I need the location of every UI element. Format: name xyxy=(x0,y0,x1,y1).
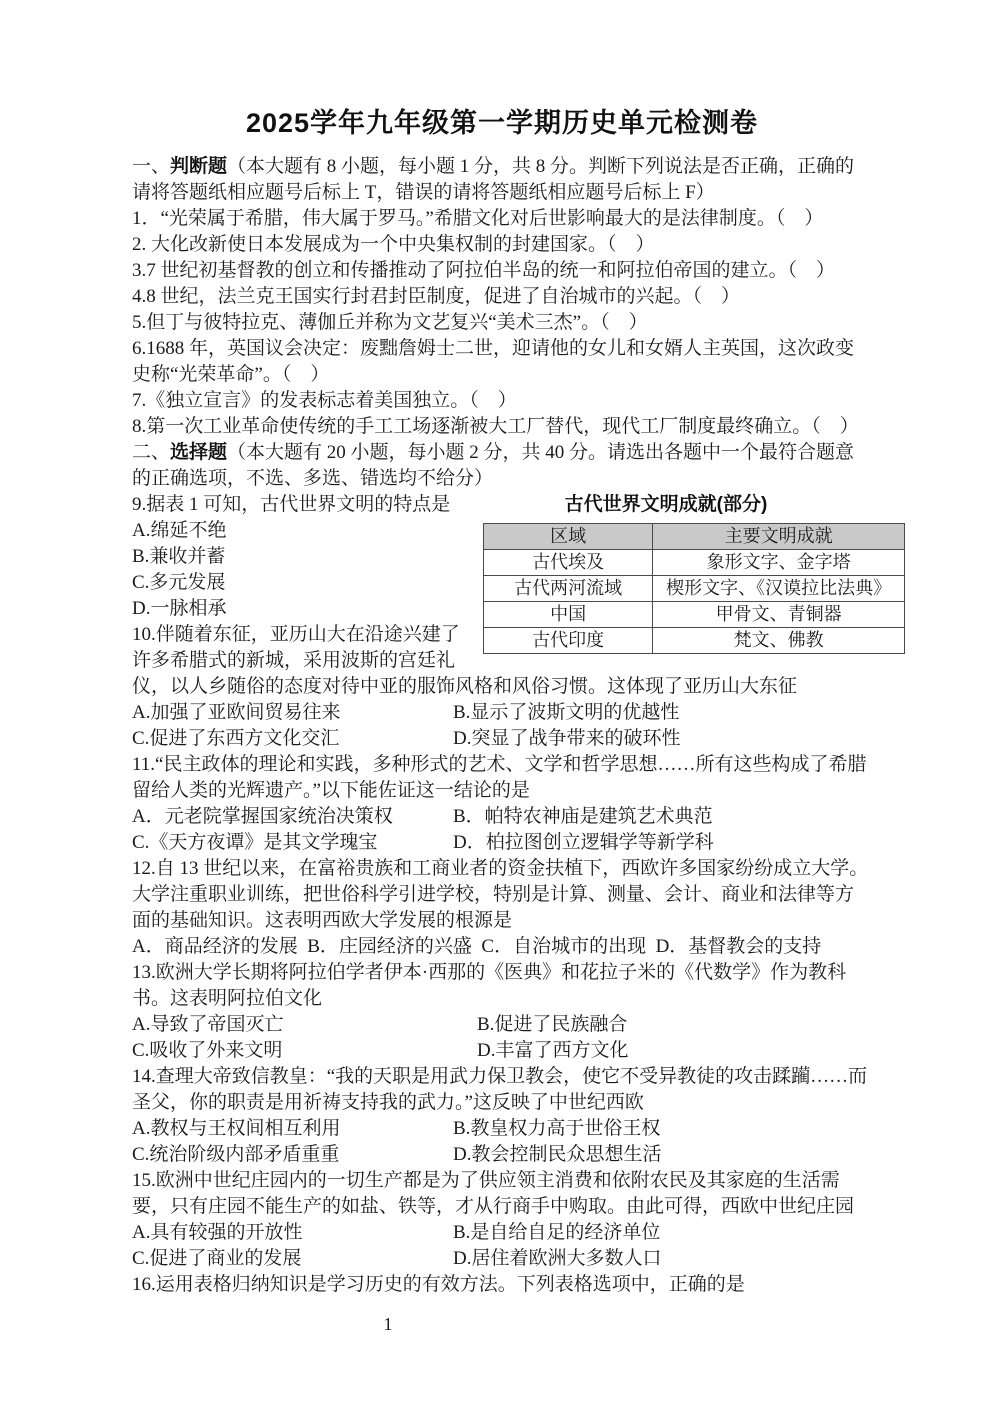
question-13-option-d: D.丰富了西方文化 xyxy=(477,1040,628,1061)
question-15-option-c: C.促进了商业的发展 xyxy=(132,1246,453,1272)
question-11-option-c: C.《天方夜谭》是其文学瑰宝 xyxy=(132,830,453,856)
table-cell: 古代埃及 xyxy=(484,550,653,576)
judge-question-6: 6.1688 年，英国议会决定：废黜詹姆士二世，迎请他的女儿和女婿人主英国，这次… xyxy=(132,336,872,388)
table-header-achievements: 主要文明成就 xyxy=(653,524,905,550)
civilizations-table: 区域 主要文明成就 古代埃及 象形文字、金字塔 古代两河流域 楔形文字、《汉谟拉… xyxy=(483,523,905,654)
question-15-options-cd: C.促进了商业的发展D.居住着欧洲大多数人口 xyxy=(132,1246,872,1272)
question-14-options-cd: C.统治阶级内部矛盾重重D.教会控制民众思想生活 xyxy=(132,1142,872,1168)
choice-section-number: 二、 xyxy=(132,442,170,463)
table-cell: 古代印度 xyxy=(484,628,653,654)
question-11-stem: 11.“民主政体的理论和实践，多种形式的艺术、文学和哲学思想……所有这些构成了希… xyxy=(132,752,872,804)
judge-question-4: 4.8 世纪，法兰克王国实行封君封臣制度，促进了自治城市的兴起。（ ） xyxy=(132,284,872,310)
civilizations-table-caption: 古代世界文明成就(部分) xyxy=(483,492,905,518)
question-11-option-d: D．柏拉图创立逻辑学等新学科 xyxy=(453,832,714,853)
question-13-stem: 13.欧洲大学长期将阿拉伯学者伊本·西那的《医典》和花拉子米的《代数学》作为教科… xyxy=(132,960,872,1012)
table-cell: 梵文、佛教 xyxy=(653,628,905,654)
question-13-options-cd: C.吸收了外来文明D.丰富了西方文化 xyxy=(132,1038,872,1064)
judge-question-3: 3.7 世纪初基督教的创立和传播推动了阿拉伯半岛的统一和阿拉伯帝国的建立。（ ） xyxy=(132,258,872,284)
question-10-option-a: A.加强了亚欧间贸易往来 xyxy=(132,700,453,726)
question-16-stem: 16.运用表格归纳知识是学习历史的有效方法。下列表格选项中，正确的是 xyxy=(132,1272,872,1298)
judge-question-2: 2. 大化改新使日本发展成为一个中央集权制的封建国家。（ ） xyxy=(132,232,872,258)
judge-question-8: 8.第一次工业革命使传统的手工工场逐渐被大工厂替代，现代工厂制度最终确立。（ ） xyxy=(132,414,872,440)
question-13-options-ab: A.导致了帝国灭亡B.促进了民族融合 xyxy=(132,1012,872,1038)
judge-question-1: 1．“光荣属于希腊，伟大属于罗马。”希腊文化对后世影响最大的是法律制度。（ ） xyxy=(132,206,872,232)
table-row: 古代两河流域 楔形文字、《汉谟拉比法典》 xyxy=(484,576,905,602)
question-13-option-a: A.导致了帝国灭亡 xyxy=(132,1012,477,1038)
question-14-option-d: D.教会控制民众思想生活 xyxy=(453,1144,661,1165)
question-14-option-c: C.统治阶级内部矛盾重重 xyxy=(132,1142,453,1168)
judge-section-name: 判断题 xyxy=(170,156,227,177)
table-row: 古代印度 梵文、佛教 xyxy=(484,628,905,654)
table-cell: 楔形文字、《汉谟拉比法典》 xyxy=(653,576,905,602)
question-11-option-a: A．元老院掌握国家统治决策权 xyxy=(132,804,453,830)
question-11-options-cd: C.《天方夜谭》是其文学瑰宝D．柏拉图创立逻辑学等新学科 xyxy=(132,830,872,856)
table-header-region: 区域 xyxy=(484,524,653,550)
table-header-row: 区域 主要文明成就 xyxy=(484,524,905,550)
judge-section-heading: 一、判断题（本大题有 8 小题，每小题 1 分，共 8 分。判断下列说法是否正确… xyxy=(132,154,872,206)
page-title: 2025学年九年级第一学期历史单元检测卷 xyxy=(132,106,872,140)
question-11-option-b: B．帕特农神庙是建筑艺术典范 xyxy=(453,806,713,827)
table-row: 古代埃及 象形文字、金字塔 xyxy=(484,550,905,576)
question-12-stem: 12.自 13 世纪以来，在富裕贵族和工商业者的资金扶植下，西欧许多国家纷纷成立… xyxy=(132,856,872,934)
table-cell: 古代两河流域 xyxy=(484,576,653,602)
table-cell: 象形文字、金字塔 xyxy=(653,550,905,576)
judge-question-5: 5.但丁与彼特拉克、薄伽丘并称为文艺复兴“美术三杰”。（ ） xyxy=(132,310,872,336)
choice-section-name: 选择题 xyxy=(170,442,227,463)
question-14-options-ab: A.教权与王权间相互利用B.教皇权力高于世俗王权 xyxy=(132,1116,872,1142)
question-13-option-b: B.促进了民族融合 xyxy=(477,1014,627,1035)
question-15-option-a: A.具有较强的开放性 xyxy=(132,1220,453,1246)
question-12-options: A．商品经济的发展 B．庄园经济的兴盛 C．自治城市的出现 D．基督教会的支持 xyxy=(132,934,872,960)
table-cell: 甲骨文、青铜器 xyxy=(653,602,905,628)
exam-page: 2025学年九年级第一学期历史单元检测卷 一、判断题（本大题有 8 小题，每小题… xyxy=(0,0,1000,1336)
choice-section-heading: 二、选择题（本大题有 20 小题，每小题 2 分，共 40 分。请选出各题中一个… xyxy=(132,440,872,492)
question-10-option-c: C.促进了东西方文化交汇 xyxy=(132,726,453,752)
question-10-options-cd: C.促进了东西方文化交汇D.突显了战争带来的破环性 xyxy=(132,726,872,752)
question-15-options-ab: A.具有较强的开放性B.是自给自足的经济单位 xyxy=(132,1220,872,1246)
judge-section-number: 一、 xyxy=(132,156,170,177)
page-number: 1 xyxy=(132,1312,644,1336)
question-9-and-10-block: 古代世界文明成就(部分) 区域 主要文明成就 古代埃及 象形文字、金字塔 古代两… xyxy=(132,492,872,700)
table-cell: 中国 xyxy=(484,602,653,628)
judge-question-7: 7.《独立宣言》的发表标志着美国独立。（ ） xyxy=(132,388,872,414)
question-10-option-b: B.显示了波斯文明的优越性 xyxy=(453,702,679,723)
question-13-option-c: C.吸收了外来文明 xyxy=(132,1038,477,1064)
question-10-option-d: D.突显了战争带来的破环性 xyxy=(453,728,680,749)
table-row: 中国 甲骨文、青铜器 xyxy=(484,602,905,628)
civilizations-table-block: 古代世界文明成就(部分) 区域 主要文明成就 古代埃及 象形文字、金字塔 古代两… xyxy=(483,492,905,654)
question-14-option-b: B.教皇权力高于世俗王权 xyxy=(453,1118,660,1139)
question-10-options-ab: A.加强了亚欧间贸易往来B.显示了波斯文明的优越性 xyxy=(132,700,872,726)
question-14-option-a: A.教权与王权间相互利用 xyxy=(132,1116,453,1142)
question-14-stem: 14.查理大帝致信教皇：“我的天职是用武力保卫教会，使它不受异教徒的攻击蹂躏……… xyxy=(132,1064,872,1116)
question-15-option-d: D.居住着欧洲大多数人口 xyxy=(453,1248,661,1269)
question-15-option-b: B.是自给自足的经济单位 xyxy=(453,1222,660,1243)
question-11-options-ab: A．元老院掌握国家统治决策权B．帕特农神庙是建筑艺术典范 xyxy=(132,804,872,830)
judge-section-desc: （本大题有 8 小题，每小题 1 分，共 8 分。判断下列说法是否正确，正确的请… xyxy=(132,156,854,203)
choice-section-desc: （本大题有 20 小题，每小题 2 分，共 40 分。请选出各题中一个最符合题意… xyxy=(132,442,854,489)
question-15-stem: 15.欧洲中世纪庄园内的一切生产都是为了供应领主消费和依附农民及其家庭的生活需要… xyxy=(132,1168,872,1220)
